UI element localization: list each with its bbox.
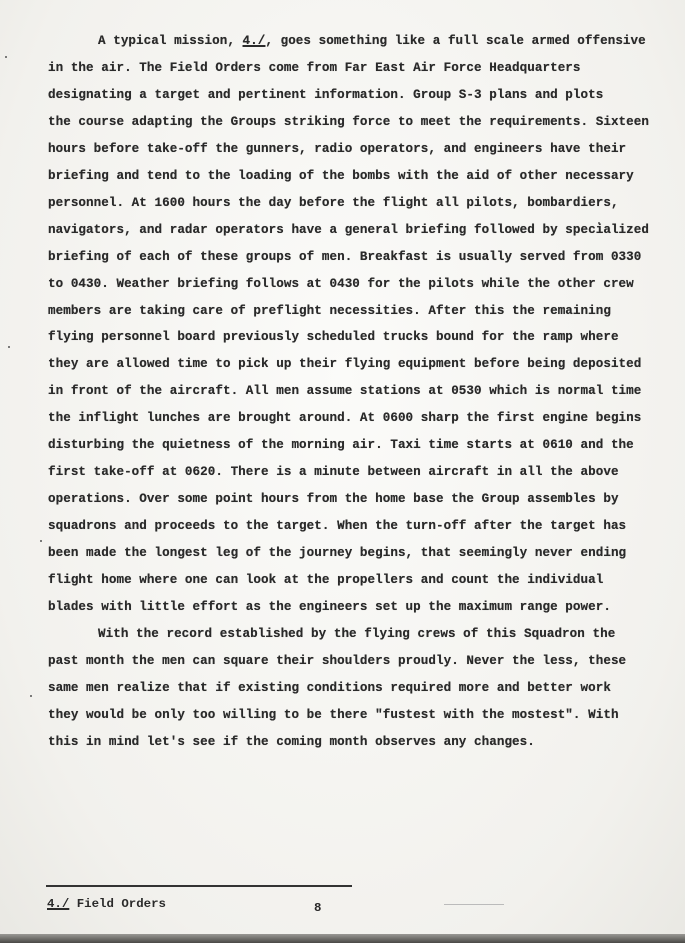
text-line: personnel. At 1600 hours the day before … bbox=[48, 196, 619, 210]
speck bbox=[40, 540, 42, 542]
text-line: this in mind let's see if the coming mon… bbox=[48, 735, 535, 749]
text-line: they would be only too willing to be the… bbox=[48, 708, 619, 722]
document-page: A typical mission, 4./, goes something l… bbox=[0, 0, 685, 943]
text-line: operations. Over some point hours from t… bbox=[48, 492, 619, 506]
text-line: flying personnel board previously schedu… bbox=[48, 330, 619, 344]
text-line: been made the longest leg of the journey… bbox=[48, 546, 626, 560]
text-line: same men realize that if existing condit… bbox=[48, 681, 611, 695]
footnote-rule bbox=[46, 885, 352, 887]
text-line: members are taking care of preflight nec… bbox=[48, 304, 611, 318]
text-line: the inflight lunches are brought around.… bbox=[48, 411, 641, 425]
text-line: blades with little effort as the enginee… bbox=[48, 600, 611, 614]
footnote-ref: 4./ bbox=[47, 897, 69, 911]
text-line: first take-off at 0620. There is a minut… bbox=[48, 465, 619, 479]
text-line: to 0430. Weather briefing follows at 043… bbox=[48, 277, 634, 291]
text-line: briefing and tend to the loading of the … bbox=[48, 169, 634, 183]
speck bbox=[5, 56, 7, 58]
footnote: 4./ Field Orders bbox=[47, 897, 166, 911]
text-line: they are allowed time to pick up their f… bbox=[48, 357, 641, 371]
text-line: navigators, and radar operators have a g… bbox=[48, 223, 649, 237]
text-line: designating a target and pertinent infor… bbox=[48, 88, 603, 102]
footnote-text: Field Orders bbox=[69, 897, 166, 911]
text-line: flight home where one can look at the pr… bbox=[48, 573, 603, 587]
text-line: squadrons and proceeds to the target. Wh… bbox=[48, 519, 626, 533]
text-line: hours before take-off the gunners, radio… bbox=[48, 142, 626, 156]
text-line: the course adapting the Groups striking … bbox=[48, 115, 649, 129]
text-line: disturbing the quietness of the morning … bbox=[48, 438, 634, 452]
page-number: 8 bbox=[314, 901, 321, 915]
text-line: A typical mission, 4./, goes something l… bbox=[98, 34, 646, 48]
text-line: briefing of each of these groups of men.… bbox=[48, 250, 641, 264]
text-line: in front of the aircraft. All men assume… bbox=[48, 384, 641, 398]
text-line: in the air. The Field Orders come from F… bbox=[48, 61, 581, 75]
speck bbox=[30, 695, 32, 697]
page-bottom-edge bbox=[0, 934, 685, 943]
text-line: With the record established by the flyin… bbox=[98, 627, 615, 641]
footnote-reference: 4./ bbox=[243, 34, 266, 48]
text-line: past month the men can square their shou… bbox=[48, 654, 626, 668]
speck bbox=[8, 346, 10, 348]
faint-mark bbox=[444, 904, 504, 905]
speck bbox=[598, 222, 600, 224]
